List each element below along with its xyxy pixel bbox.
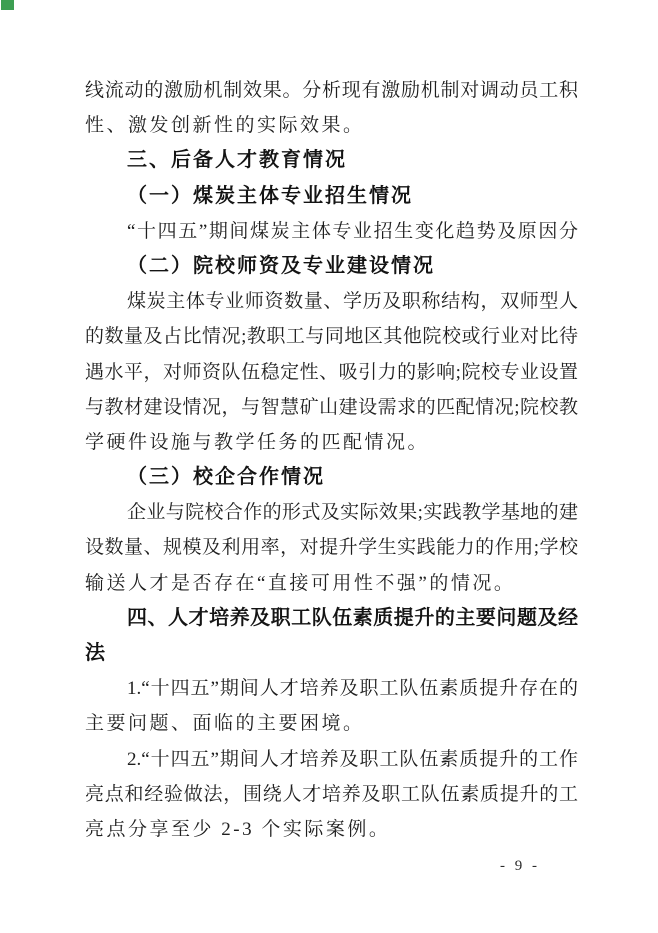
body-text-line: 企业与院校合作的形式及实际效果;实践教学基地的建	[85, 495, 578, 530]
body-text-line: 学硬件设施与教学任务的匹配情况。	[85, 425, 578, 460]
body-text-line: 输送人才是否存在“直接可用性不强”的情况。	[85, 566, 578, 601]
body-text-line: 主要问题、面临的主要困境。	[85, 706, 578, 741]
body-text-line: 煤炭主体专业师资数量、学历及职称结构，双师型人才	[85, 284, 578, 319]
heading-line: 法	[85, 636, 578, 671]
heading-line: 三、后备人才教育情况	[85, 143, 578, 178]
heading-line: 四、人才培养及职工队伍素质提升的主要问题及经验做	[85, 601, 578, 636]
document-page: 线流动的激励机制效果。分析现有激励机制对调动员工积极性、激发创新性的实际效果。三…	[0, 0, 658, 933]
body-text-line: 亮点分享至少 2-3 个实际案例。	[85, 812, 578, 847]
body-text-line: 1.“十四五”期间人才培养及职工队伍素质提升存在的	[85, 671, 578, 706]
document-body: 线流动的激励机制效果。分析现有激励机制对调动员工积极性、激发创新性的实际效果。三…	[85, 73, 578, 847]
page-number: - 9 -	[500, 858, 540, 875]
body-text-line: 设数量、规模及利用率，对提升学生实践能力的作用;学校	[85, 530, 578, 565]
body-text-line: 性、激发创新性的实际效果。	[85, 108, 578, 143]
body-text-line: 的数量及占比情况;教职工与同地区其他院校或行业对比待	[85, 319, 578, 354]
body-text-line: 亮点和经验做法，围绕人才培养及职工队伍素质提升的工作	[85, 777, 578, 812]
heading-line: （三）校企合作情况	[85, 460, 578, 495]
body-text-line: 2.“十四五”期间人才培养及职工队伍素质提升的工作	[85, 742, 578, 777]
heading-line: （二）院校师资及专业建设情况	[85, 249, 578, 284]
heading-line: （一）煤炭主体专业招生情况	[85, 179, 578, 214]
body-text-line: “十四五”期间煤炭主体专业招生变化趋势及原因分析。	[85, 214, 578, 249]
corner-marker-icon	[1, 0, 14, 10]
body-text-line: 与教材建设情况，与智慧矿山建设需求的匹配情况;院校教	[85, 390, 578, 425]
body-text-line: 遇水平，对师资队伍稳定性、吸引力的影响;院校专业设置	[85, 355, 578, 390]
body-text-line: 线流动的激励机制效果。分析现有激励机制对调动员工积极	[85, 73, 578, 108]
